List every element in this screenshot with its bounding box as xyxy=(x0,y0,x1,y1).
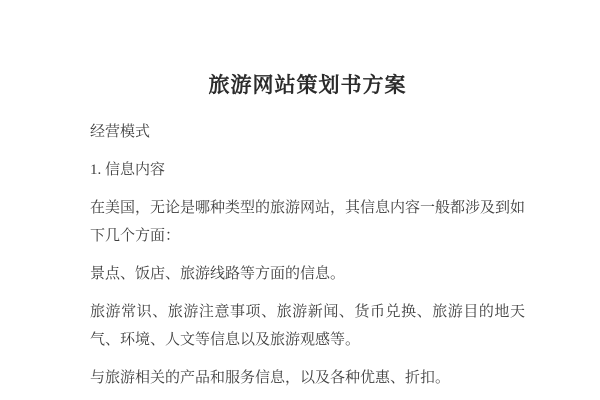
document-title: 旅游网站策划书方案 xyxy=(90,70,525,100)
doc-paragraph-item-1: 景点、饭店、旅游线路等方面的信息。 xyxy=(90,260,525,288)
section-heading-business-model: 经营模式 xyxy=(90,118,525,146)
doc-paragraph-item-2: 旅游常识、旅游注意事项、旅游新闻、货币兑换、旅游目的地天气、环境、人文等信息以及… xyxy=(90,298,525,354)
numbered-heading-information-content: 1. 信息内容 xyxy=(90,156,525,184)
doc-paragraph-item-3: 与旅游相关的产品和服务信息，以及各种优惠、折扣。 xyxy=(90,364,525,392)
doc-paragraph-intro: 在美国，无论是哪种类型的旅游网站，其信息内容一般都涉及到如下几个方面： xyxy=(90,194,525,250)
document-content: 旅游网站策划书方案 经营模式 1. 信息内容 在美国，无论是哪种类型的旅游网站，… xyxy=(0,70,600,392)
document-page: 旅游网站策划书方案 经营模式 1. 信息内容 在美国，无论是哪种类型的旅游网站，… xyxy=(0,0,600,400)
